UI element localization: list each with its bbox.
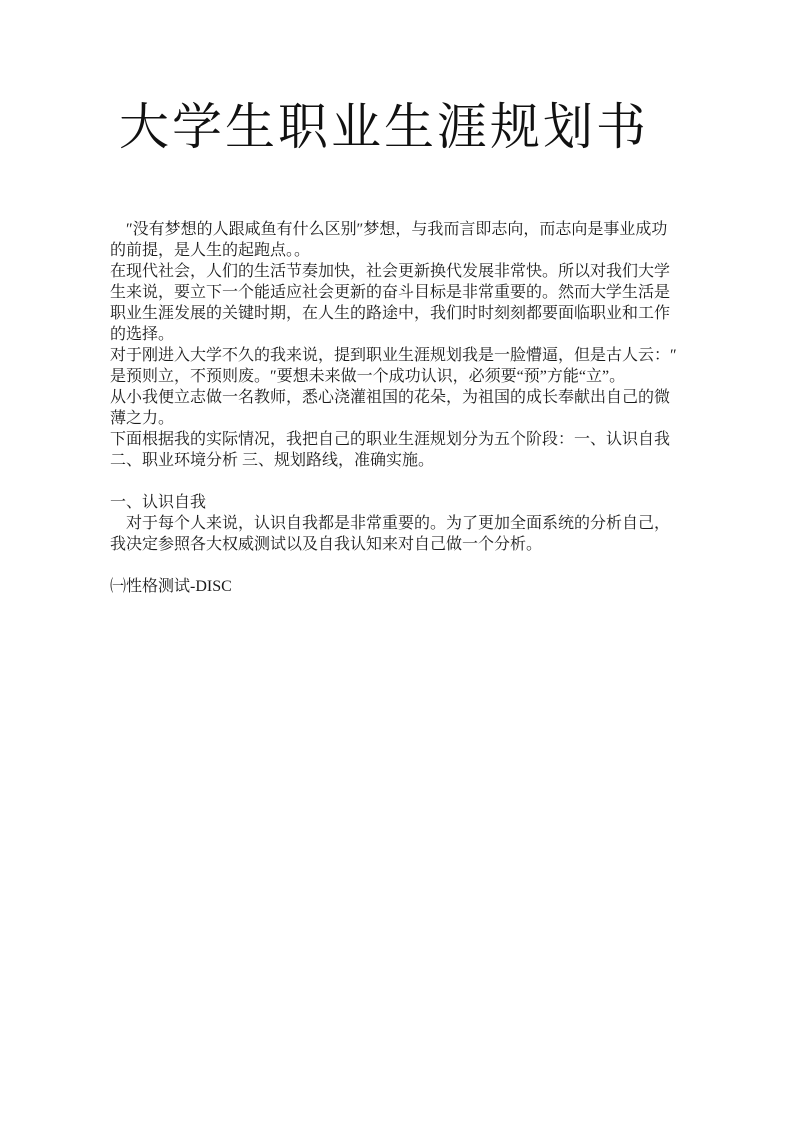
text-line: 生来说，要立下一个能适应社会更新的奋斗目标是非常重要的。然而大学生活是	[110, 282, 682, 303]
text-line: 是预则立，不预则废。″要想未来做一个成功认识，必须要“预”方能“立”。	[110, 366, 682, 387]
text-line: 职业生涯发展的关键时期，在人生的路途中，我们时时刻刻都要面临职业和工作	[110, 303, 682, 324]
text-line: ″没有梦想的人跟咸鱼有什么区别″梦想，与我而言即志向，而志向是事业成功	[110, 219, 682, 240]
document-title: 大学生职业生涯规划书	[119, 96, 649, 158]
text-line: 的选择。	[110, 324, 682, 345]
section-heading: 一、认识自我	[110, 492, 682, 513]
text-line: 在现代社会，人们的生活节奏加快，社会更新换代发展非常快。所以对我们大学	[110, 261, 682, 282]
text-line: 对于刚进入大学不久的我来说，提到职业生涯规划我是一脸懵逼，但是古人云：″	[110, 345, 682, 366]
text-line: 从小我便立志做一名教师，悉心浇灌祖国的花朵，为祖国的成长奉献出自己的微	[110, 387, 682, 408]
text-line: 的前提，是人生的起跑点。。	[110, 240, 682, 261]
blank-line	[110, 471, 682, 492]
text-line: 对于每个人来说，认识自我都是非常重要的。为了更加全面系统的分析自己，	[110, 513, 682, 534]
blank-line	[110, 555, 682, 576]
document-body: ″没有梦想的人跟咸鱼有什么区别″梦想，与我而言即志向，而志向是事业成功 的前提，…	[110, 219, 682, 597]
document-page: 大学生职业生涯规划书 ″没有梦想的人跟咸鱼有什么区别″梦想，与我而言即志向，而志…	[0, 0, 793, 1122]
text-line: 二、职业环境分析 三、规划路线，准确实施。	[110, 450, 682, 471]
subsection-heading: ㈠性格测试-DISC	[110, 576, 682, 597]
text-line: 下面根据我的实际情况，我把自己的职业生涯规划分为五个阶段：一、认识自我	[110, 429, 682, 450]
text-line: 我决定参照各大权威测试以及自我认知来对自己做一个分析。	[110, 534, 682, 555]
text-line: 薄之力。	[110, 408, 682, 429]
